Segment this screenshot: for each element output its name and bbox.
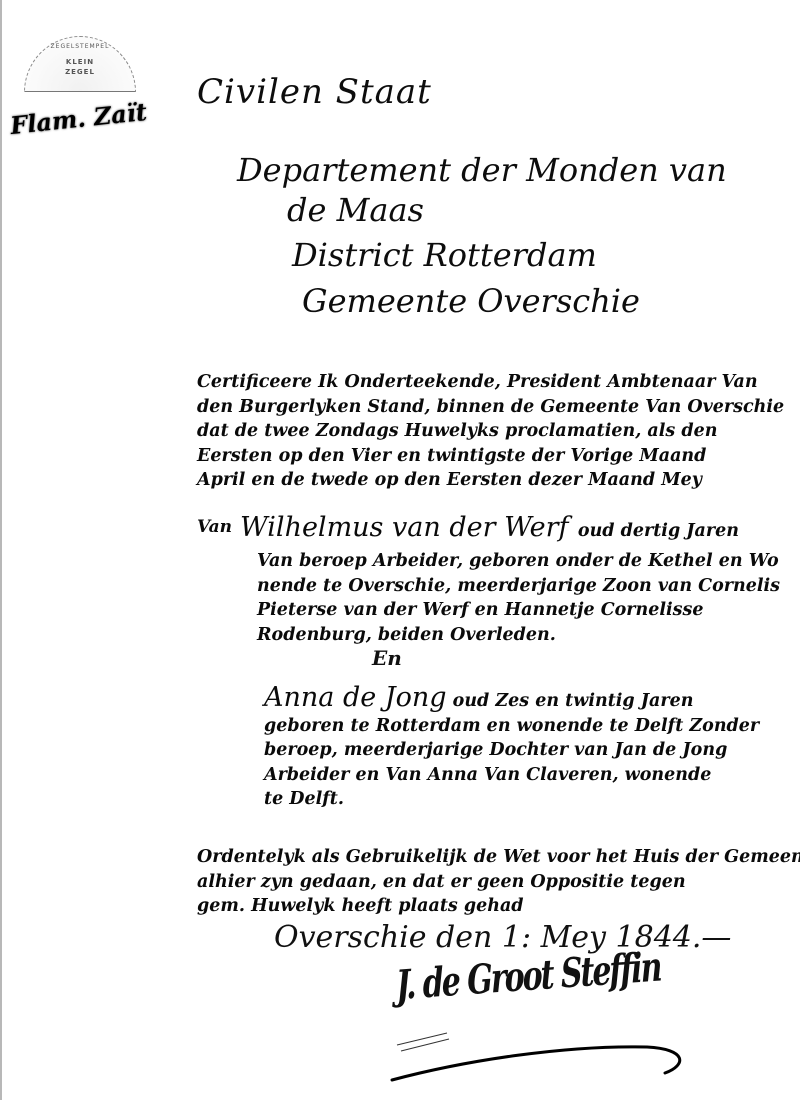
text-line: te Delft. (264, 787, 759, 812)
stamp-line-1: KLEIN (25, 58, 135, 66)
text-line: den Burgerlyken Stand, binnen de Gemeent… (197, 395, 784, 420)
certification-paragraph: Certificeere Ik Onderteekende, President… (197, 370, 784, 493)
groom-name-line: VanWilhelmus van der Werf oud dertig Jar… (197, 510, 780, 549)
department-heading: Departement der Monden van de Maas (237, 150, 727, 230)
text-line: Eersten op den Vier en twintigste der Vo… (197, 444, 784, 469)
groom-lead-word: Van (197, 517, 232, 537)
place-date-line: Overschie den 1: Mey 1844.— (274, 920, 731, 955)
department-line-1: Departement der Monden van (237, 150, 727, 190)
signature-flourish (387, 1025, 687, 1085)
text-line: geboren te Rotterdam en wonende te Delft… (264, 714, 759, 739)
district-heading: District Rotterdam (292, 236, 597, 274)
groom-paragraph: VanWilhelmus van der Werf oud dertig Jar… (197, 510, 780, 647)
text-line: April en de twede op den Eersten dezer M… (197, 468, 784, 493)
bride-name: Anna de Jong (264, 682, 447, 713)
no-objection-paragraph: Ordentelyk als Gebruikelijk de Wet voor … (197, 845, 800, 919)
text-line: Pieterse van der Werf en Hannetje Cornel… (197, 598, 780, 623)
text-line: Van beroep Arbeider, geboren onder de Ke… (197, 549, 780, 574)
text-line: Ordentelyk als Gebruikelijk de Wet voor … (197, 845, 800, 870)
bride-age: oud Zes en twintig Jaren (453, 691, 694, 711)
marginal-signature: Flam. Zaït (9, 97, 148, 140)
bride-paragraph: Anna de Jong oud Zes en twintig Jaren ge… (264, 686, 759, 812)
tax-stamp: ZEGELSTEMPEL KLEIN ZEGEL (24, 36, 136, 92)
document-title: Civilen Staat (197, 72, 432, 112)
text-line: alhier zyn gedaan, en dat er geen Opposi… (197, 870, 800, 895)
stamp-arc-text: ZEGELSTEMPEL (25, 43, 135, 50)
text-line: gem. Huwelyk heeft plaats gehad (197, 894, 800, 919)
groom-age: oud dertig Jaren (578, 521, 739, 541)
document-page: ZEGELSTEMPEL KLEIN ZEGEL Flam. Zaït Civi… (0, 0, 800, 1100)
groom-name: Wilhelmus van der Werf (240, 512, 568, 543)
text-line: Rodenburg, beiden Overleden. (197, 623, 780, 648)
stamp-line-2: ZEGEL (25, 68, 135, 76)
text-line: Arbeider en Van Anna Van Claveren, wonen… (264, 763, 759, 788)
text-line: nende te Overschie, meerderjarige Zoon v… (197, 574, 780, 599)
bride-name-line: Anna de Jong oud Zes en twintig Jaren (264, 686, 759, 714)
department-line-2: de Maas (237, 190, 727, 230)
text-line: beroep, meerderjarige Dochter van Jan de… (264, 738, 759, 763)
municipality-heading: Gemeente Overschie (302, 282, 640, 320)
text-line: Certificeere Ik Onderteekende, President… (197, 370, 784, 395)
text-line: dat de twee Zondags Huwelyks proclamatie… (197, 419, 784, 444)
conjunction-en: En (372, 646, 402, 670)
